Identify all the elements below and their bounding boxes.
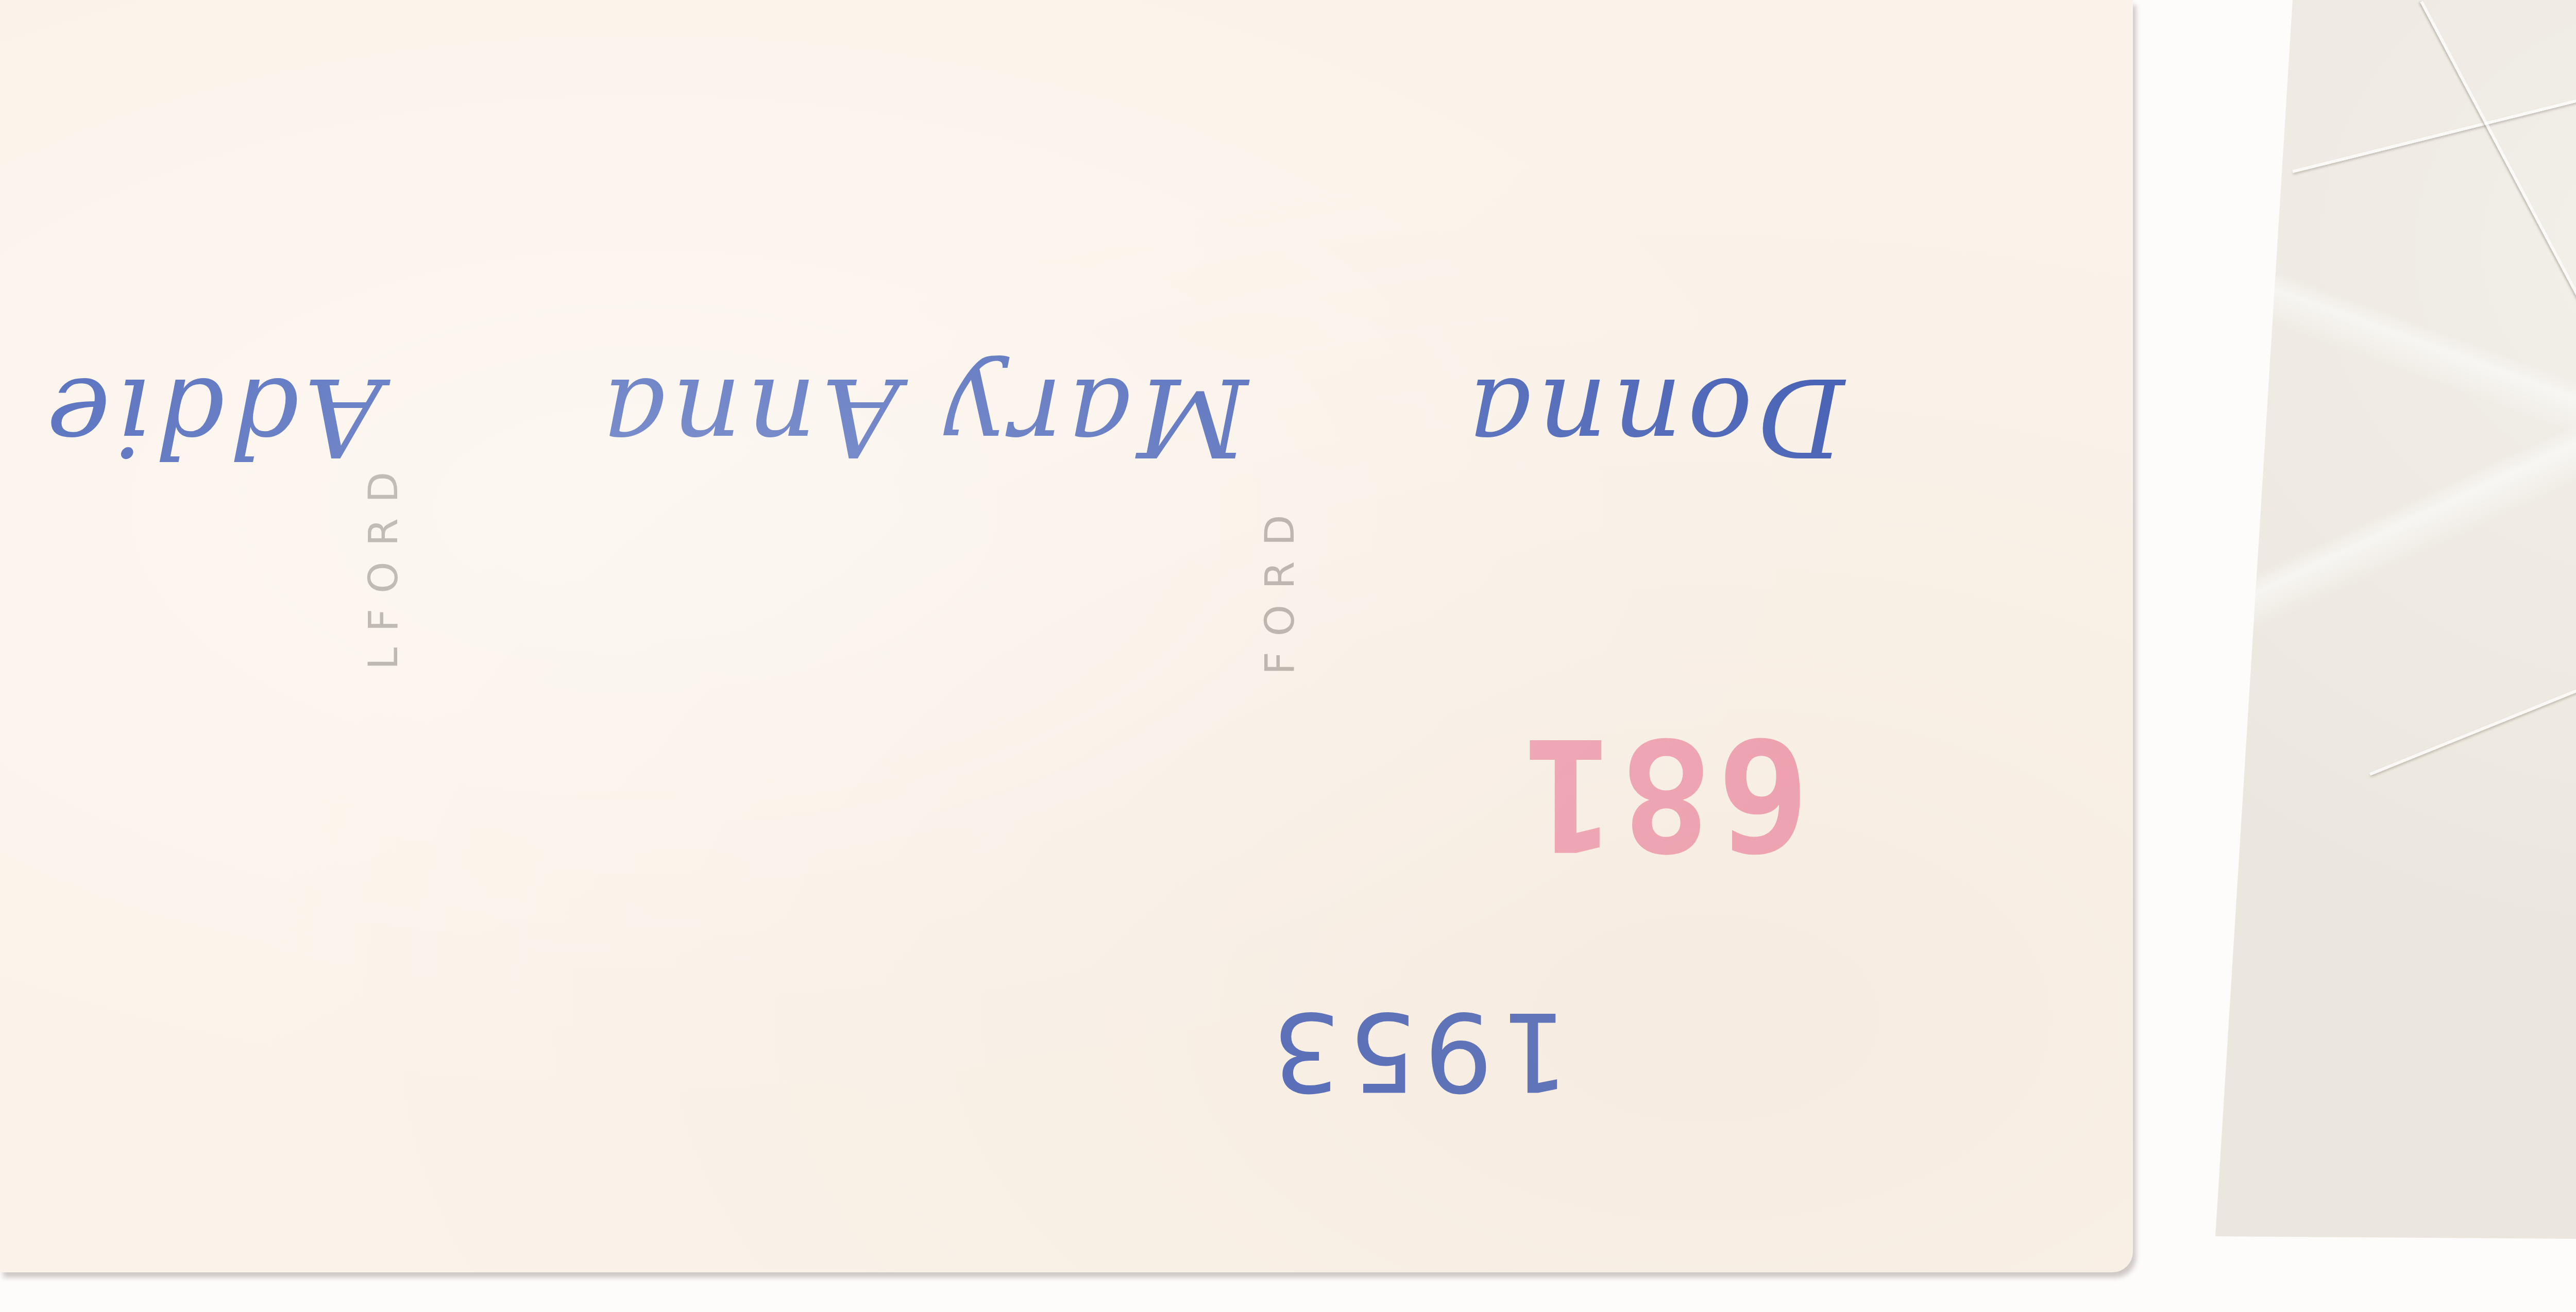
inscription-line: on the 29th Oct 1943 — [2324, 994, 2576, 1196]
name-donna: Donna — [1463, 354, 1845, 481]
handwritten-inscription: Johnsdown - Lline on the 29th Oct 1943 — [2322, 974, 2576, 1247]
embossed-mark: FORD — [1257, 458, 1303, 675]
name-addie: Addie — [41, 354, 382, 481]
crease-line — [2292, 33, 2576, 173]
handwritten-year: 1953 — [1252, 984, 1582, 1118]
red-ink-stamp: 681 — [1510, 711, 1819, 876]
photo-back-left: Donna Mary Anna Addie LFORD FORD 681 195… — [0, 0, 2133, 1272]
name-mary-anna: Mary Anna — [597, 354, 1248, 481]
embossed-mark: LFORD — [361, 453, 407, 670]
crease-line — [2369, 483, 2576, 775]
handwritten-names: Donna Mary Anna Addie — [41, 288, 1844, 546]
crease-line — [2420, 1, 2576, 1185]
